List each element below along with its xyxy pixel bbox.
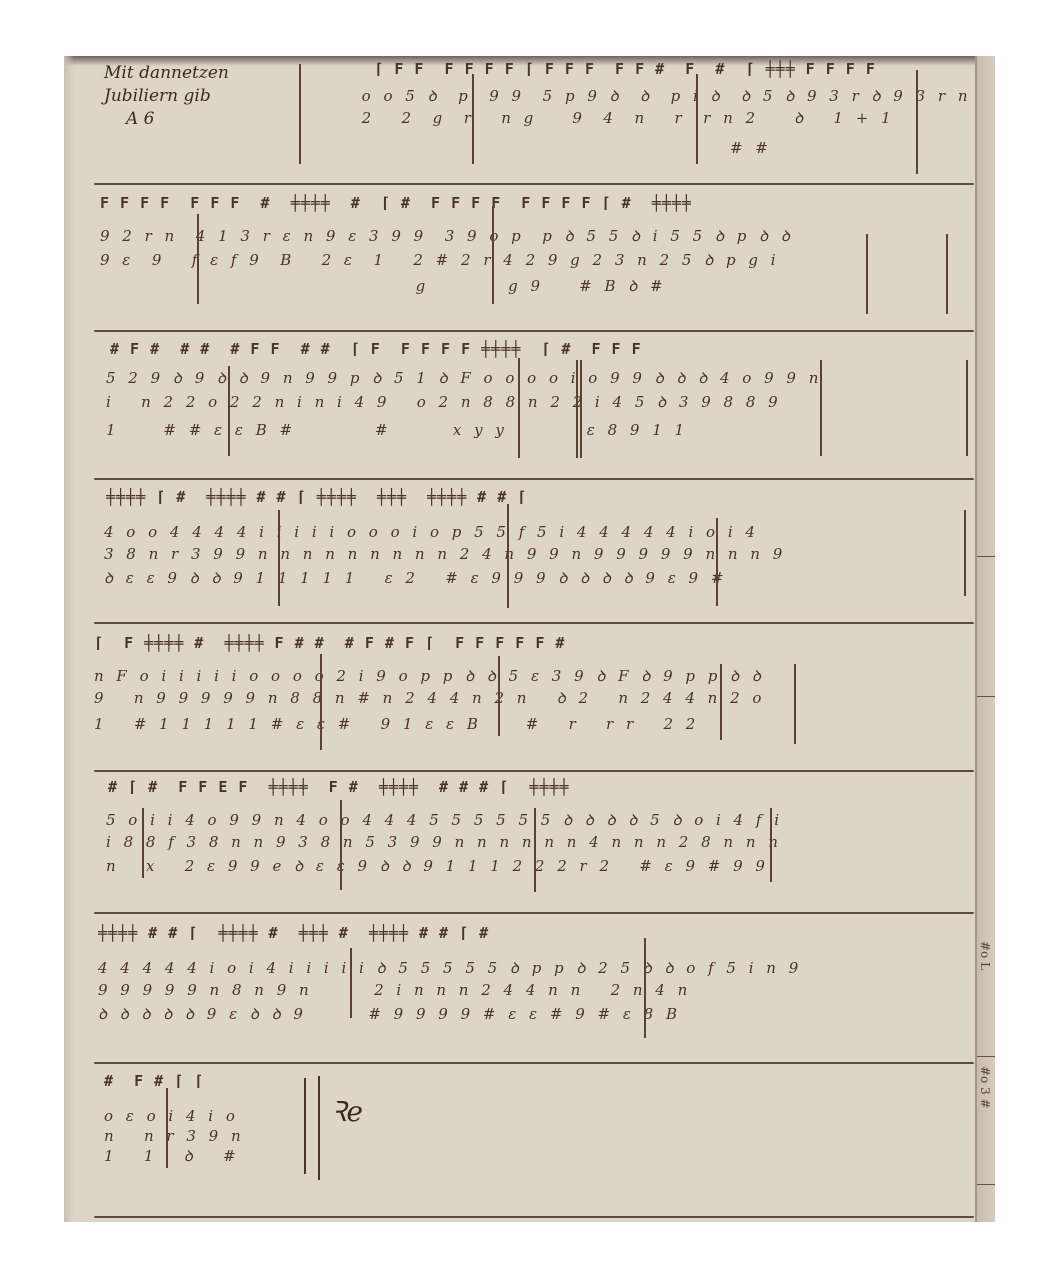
barline xyxy=(350,948,352,1018)
tab-row: i 8 8 f 3 8 n n 9 3 8 n 5 3 9 9 n n n n … xyxy=(106,834,782,851)
tab-row: ꝺ ε ε 9 ꝺ ꝺ 9 1 1 1 1 1 ε 2 # ε 9 9 9 ꝺ … xyxy=(104,570,727,587)
tab-row: 9 9 9 9 9 n 8 n 9 n 2 i n n n 2 4 4 n n … xyxy=(98,982,691,999)
adjacent-page-edge xyxy=(977,56,995,1222)
system-rule xyxy=(94,478,974,480)
barline xyxy=(340,800,342,890)
adjacent-page-mark: #o L xyxy=(978,941,992,970)
tablature-system-7: ╪╪╪╪ # # ⌈ ╪╪╪╪ # ╪╪╪ # ╪╪╪╪ # # ⌈ # 4 4… xyxy=(94,924,974,1062)
rhythm-flags: # F # # # # F F # # ⌈ F F F F F ╪╪╪╪ ⌈ #… xyxy=(110,340,642,358)
tablature-system-4: ╪╪╪╪ ⌈ # ╪╪╪╪ # # ⌈ ╪╪╪╪ ╪╪╪ ╪╪╪╪ # # ⌈ … xyxy=(94,488,974,622)
barline xyxy=(820,360,822,456)
system-rule xyxy=(94,770,974,772)
system-rule xyxy=(94,183,974,185)
barline xyxy=(142,808,144,878)
barline xyxy=(518,358,520,458)
tablature-system-2: F F F F F F F # ╪╪╪╪ # ⌈ # F F F F F F F… xyxy=(94,194,974,330)
rhythm-flags: ╪╪╪╪ ⌈ # ╪╪╪╪ # # ⌈ ╪╪╪╪ ╪╪╪ ╪╪╪╪ # # ⌈ xyxy=(106,488,527,506)
barline xyxy=(946,234,948,314)
barline xyxy=(696,74,698,164)
tab-row: 1 # # ε ε B # # x y y ε 8 9 1 1 xyxy=(106,422,688,439)
tab-row: 9 ε 9 f ε f 9 B 2 ε 1 2 # 2 r 4 2 9 g 2 … xyxy=(100,252,780,269)
barline xyxy=(644,938,646,1038)
tab-row: 1 1 ꝺ # xyxy=(104,1148,240,1165)
tab-row: 5 2 9 ꝺ 9 ꝺ ꝺ 9 n 9 9 p ꝺ 5 1 ꝺ F o o o … xyxy=(106,370,822,387)
system-rule xyxy=(94,622,974,624)
barline xyxy=(770,808,772,882)
barline xyxy=(720,664,722,740)
barline xyxy=(492,206,494,304)
tab-row: 9 n 9 9 9 9 9 n 8 8 n # n 2 4 4 n 2 n ꝺ … xyxy=(94,690,765,707)
barline xyxy=(472,74,474,164)
system-rule xyxy=(94,330,974,332)
tablature-system-8: # F # ⌈ ⌈ o ε o i 4 i o n n r 3 9 n 1 1 … xyxy=(94,1072,974,1212)
tab-row: 5 o i i 4 o 9 9 n 4 o o 4 4 4 5 5 5 5 5 … xyxy=(106,812,783,829)
barline xyxy=(964,510,966,596)
tab-row: 2 2 g r n g 9 4 n r r n 2 ꝺ 1 + 1 xyxy=(274,110,895,127)
tablature-system-1: ⌈ F F F F F F ⌈ F F F F F # F # ⌈ ╪╪╪ F … xyxy=(94,60,974,182)
barline xyxy=(580,360,582,458)
barline xyxy=(716,518,718,606)
tablature-system-5: ⌈ F ╪╪╪╪ # ╪╪╪╪ F # # # F # F ⌈ F F F F … xyxy=(94,634,974,770)
system-rule xyxy=(94,912,974,914)
adjacent-page-mark: #o 3 # xyxy=(978,1066,992,1109)
final-barline xyxy=(318,1076,320,1180)
barline xyxy=(576,360,578,458)
barline xyxy=(507,504,509,608)
tab-row: 1 # 1 1 1 1 1 # ε ε # 9 1 ε ε B # r r r … xyxy=(94,716,699,733)
rhythm-flags: ╪╪╪╪ # # ⌈ ╪╪╪╪ # ╪╪╪ # ╪╪╪╪ # # ⌈ # xyxy=(98,924,489,942)
barline xyxy=(166,1088,168,1168)
barline xyxy=(534,808,536,892)
barline xyxy=(197,214,199,304)
tab-row: n x 2 ε 9 9 e ꝺ ε ε 9 ꝺ ꝺ 9 1 1 1 2 2 2 … xyxy=(106,858,769,875)
tablature-system-3: # F # # # # F F # # ⌈ F F F F F ╪╪╪╪ ⌈ #… xyxy=(94,340,974,478)
barline xyxy=(278,510,280,606)
tab-row: o o 5 ꝺ p 9 9 5 p 9 ꝺ ꝺ p i ꝺ ꝺ 5 ꝺ 9 3 … xyxy=(274,88,972,105)
barline xyxy=(498,656,500,736)
barline xyxy=(228,366,230,456)
rhythm-flags: F F F F F F F # ╪╪╪╪ # ⌈ # F F F F F F F… xyxy=(100,194,692,212)
tab-row: 4 4 4 4 4 i o i 4 i i i i i ꝺ 5 5 5 5 5 … xyxy=(98,960,802,977)
tab-row: o ε o i 4 i o xyxy=(104,1108,239,1125)
barline xyxy=(299,64,301,164)
tab-row: g g 9 # B ꝺ # xyxy=(100,278,667,295)
system-rule xyxy=(94,1062,974,1064)
barline xyxy=(866,234,868,314)
final-barline xyxy=(304,1078,306,1174)
barline xyxy=(794,664,796,744)
barline xyxy=(966,360,968,456)
tablature-system-6: # ⌈ # F F E F ╪╪╪╪ F # ╪╪╪╪ # # # ⌈ ╪╪╪╪… xyxy=(94,778,974,912)
barline xyxy=(320,654,322,750)
tab-row: 9 2 r n 4 1 3 r ε n 9 ε 3 9 9 3 9 o p p … xyxy=(100,228,794,245)
closing-flourish: Ꝛe xyxy=(330,1092,363,1130)
rhythm-flags: # ⌈ # F F E F ╪╪╪╪ F # ╪╪╪╪ # # # ⌈ ╪╪╪╪ xyxy=(108,778,569,796)
barline xyxy=(916,70,918,174)
rhythm-flags: ⌈ F F F F F F ⌈ F F F F F # F # ⌈ ╪╪╪ F … xyxy=(274,60,876,78)
tab-row: 3 8 n r 3 9 9 n n n n n n n n n 2 4 n 9 … xyxy=(104,546,786,563)
tab-row: i n 2 2 o 2 2 n i n i 4 9 o 2 n 8 8 n 2 … xyxy=(106,394,782,411)
tab-row: 4 o o 4 4 4 4 i i i i i o o o i o p 5 5 … xyxy=(104,524,759,541)
tab-row: n n r 3 9 n xyxy=(104,1128,245,1145)
rhythm-flags: ⌈ F ╪╪╪╪ # ╪╪╪╪ F # # # F # F ⌈ F F F F … xyxy=(94,634,565,652)
system-rule xyxy=(94,1216,974,1218)
rhythm-flags: # F # ⌈ ⌈ xyxy=(104,1072,204,1090)
tab-row: n F o i i i i i o o o o 2 i 9 o p p ꝺ ꝺ … xyxy=(94,668,765,685)
tab-row: ꝺ ꝺ ꝺ ꝺ ꝺ 9 ε ꝺ ꝺ 9 # 9 9 9 9 # ε ε # 9 … xyxy=(98,1006,681,1023)
manuscript-page: #o L #o 3 # Mit dannetzen Jubiliern gib … xyxy=(64,56,995,1222)
